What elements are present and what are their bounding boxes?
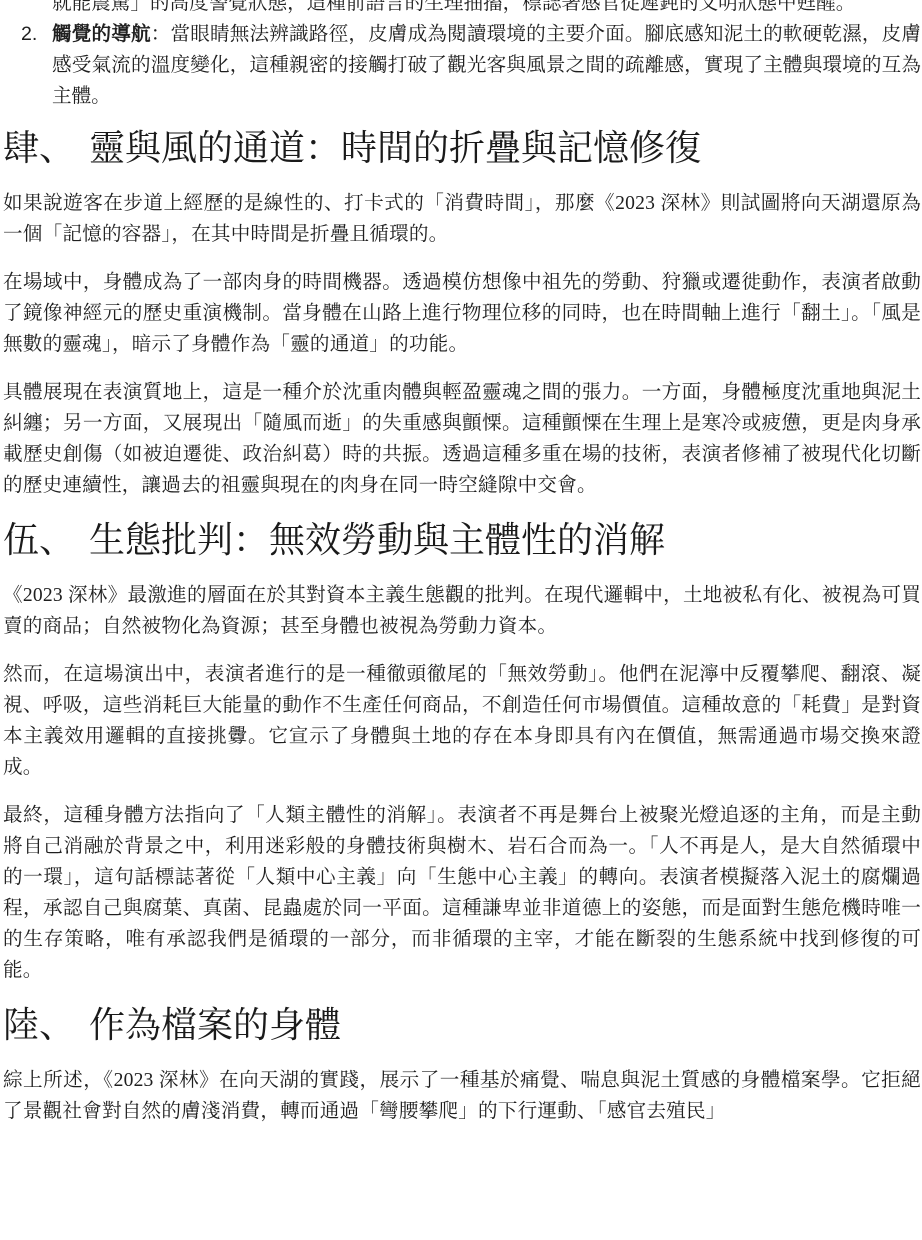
section-title: 生態批判：無效勞動與主體性的消解 bbox=[89, 519, 665, 560]
paragraph: 綜上所述，《2023 深林》在向天湖的實踐，展示了一種基於痛覺、喘息與泥土質感的… bbox=[3, 1065, 921, 1127]
numbered-list: 就能震驚」的高度警覺狀態，這種前語言的生理抽搐，標誌著感官從遲鈍的文明狀態中甦醒… bbox=[3, 0, 921, 112]
list-item-text: 就能震驚」的高度警覺狀態，這種前語言的生理抽搐，標誌著感官從遲鈍的文明狀態中甦醒… bbox=[52, 0, 855, 14]
paragraph: 最終，這種身體方法指向了「人類主體性的消解」。表演者不再是舞台上被聚光燈追逐的主… bbox=[3, 800, 921, 986]
list-item-text: ：當眼睛無法辨識路徑，皮膚成為閱讀環境的主要介面。腳底感知泥土的軟硬乾濕，皮膚感… bbox=[52, 24, 921, 107]
paragraph: 《2023 深林》最激進的層面在於其對資本主義生態觀的批判。在現代邏輯中，土地被… bbox=[3, 580, 921, 642]
paragraph: 然而，在這場演出中，表演者進行的是一種徹頭徹尾的「無效勞動」。他們在泥濘中反覆攀… bbox=[3, 659, 921, 783]
section-numeral: 肆、 bbox=[3, 127, 75, 168]
paragraph: 如果說遊客在步道上經歷的是線性的、打卡式的「消費時間」，那麼《2023 深林》則… bbox=[3, 188, 921, 250]
list-item-continuation: 就能震驚」的高度警覺狀態，這種前語言的生理抽搐，標誌著感官從遲鈍的文明狀態中甦醒… bbox=[3, 0, 921, 19]
section-title: 靈與風的通道：時間的折疊與記憶修復 bbox=[89, 127, 701, 168]
section-numeral: 陸、 bbox=[3, 1004, 75, 1045]
list-item-title: 觸覺的導航 bbox=[52, 24, 151, 45]
paragraph: 在場域中，身體成為了一部肉身的時間機器。透過模仿想像中祖先的勞動、狩獵或遷徙動作… bbox=[3, 267, 921, 360]
paragraph: 具體展現在表演質地上，這是一種介於沈重肉體與輕盈靈魂之間的張力。一方面，身體極度… bbox=[3, 377, 921, 501]
section-numeral: 伍、 bbox=[3, 519, 75, 560]
section-heading-5: 伍、生態批判：無效勞動與主體性的消解 bbox=[3, 518, 921, 562]
document-body: 就能震驚」的高度警覺狀態，這種前語言的生理抽搐，標誌著感官從遲鈍的文明狀態中甦醒… bbox=[3, 0, 921, 1144]
section-title: 作為檔案的身體 bbox=[89, 1004, 341, 1045]
list-item-tactile-navigation: 2.觸覺的導航：當眼睛無法辨識路徑，皮膚成為閱讀環境的主要介面。腳底感知泥土的軟… bbox=[3, 19, 921, 112]
section-heading-4: 肆、靈與風的通道：時間的折疊與記憶修復 bbox=[3, 126, 921, 170]
section-heading-6: 陸、作為檔案的身體 bbox=[3, 1003, 921, 1047]
list-item-number: 2. bbox=[21, 19, 37, 50]
